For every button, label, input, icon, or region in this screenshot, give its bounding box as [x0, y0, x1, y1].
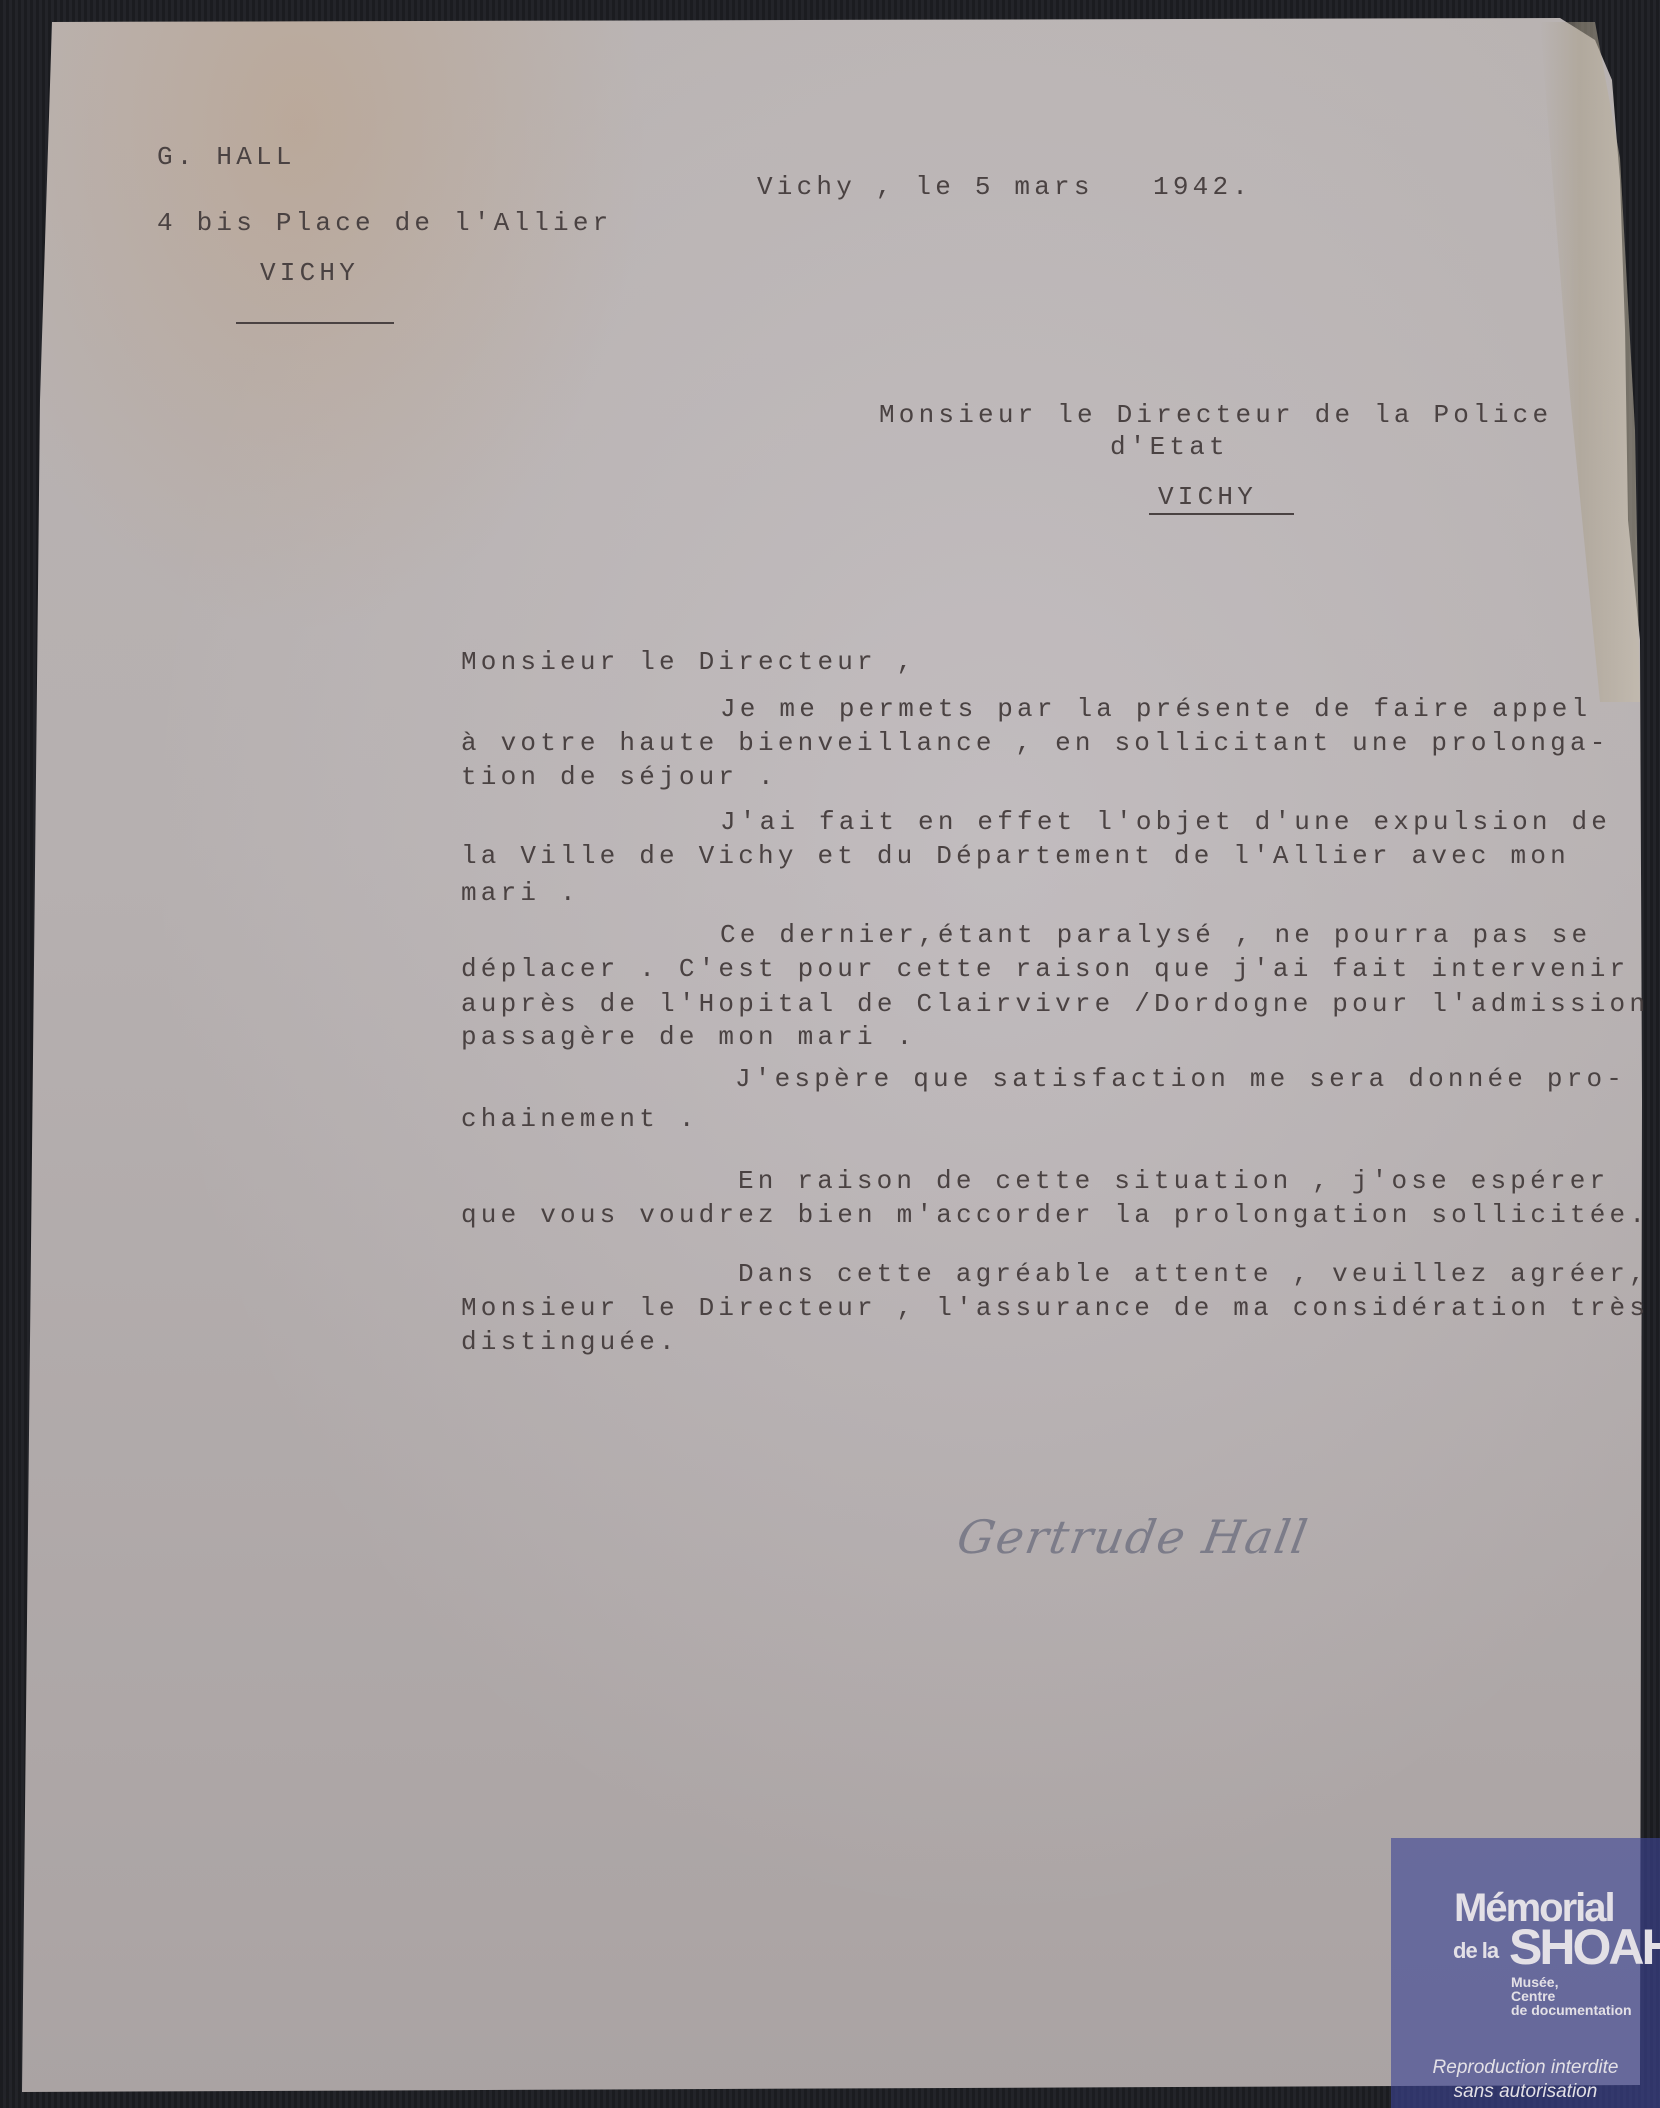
recipient-underline	[1149, 513, 1294, 515]
body-line: auprès de l'Hopital de Clairvivre /Dordo…	[461, 987, 1649, 1022]
watermark-subtitle: Musée, Centre de documentation	[1511, 1975, 1632, 2017]
body-line: Dans cette agréable attente , veuillez a…	[738, 1257, 1649, 1292]
sender-name: G. HALL	[157, 140, 296, 175]
body-line: passagère de mon mari .	[461, 1020, 916, 1055]
salutation: Monsieur le Directeur ,	[461, 645, 916, 680]
body-line: la Ville de Vichy et du Département de l…	[461, 839, 1570, 874]
body-line: En raison de cette situation , j'ose esp…	[738, 1164, 1609, 1199]
letter-date: Vichy , le 5 mars 1942.	[757, 170, 1252, 205]
body-line: mari .	[461, 876, 580, 911]
body-line: Je me permets par la présente de faire a…	[720, 692, 1591, 727]
recipient-city: VICHY	[1158, 480, 1257, 515]
body-line: à votre haute bienveillance , en sollici…	[461, 726, 1610, 761]
sender-city: VICHY	[260, 256, 359, 291]
body-line: distinguée.	[461, 1325, 679, 1360]
body-line: que vous voudrez bien m'accorder la prol…	[461, 1198, 1649, 1233]
body-line: J'espère que satisfaction me sera donnée…	[735, 1062, 1626, 1097]
body-line: J'ai fait en effet l'objet d'une expulsi…	[720, 805, 1611, 840]
watermark-de-la: de la	[1453, 1938, 1498, 1964]
sender-underline	[236, 322, 394, 324]
body-line: déplacer . C'est pour cette raison que j…	[461, 952, 1629, 987]
body-line: Ce dernier,étant paralysé , ne pourra pa…	[720, 918, 1591, 953]
handwritten-signature: Gertrude Hall	[953, 1510, 1313, 1564]
body-line: tion de séjour .	[461, 760, 778, 795]
recipient-line-1: Monsieur le Directeur de la Police	[879, 398, 1552, 433]
body-line: chainement .	[461, 1102, 699, 1137]
recipient-line-2: d'Etat	[1110, 430, 1229, 465]
memorial-shoah-watermark: Mémorial de la SHOAH Musée, Centre de do…	[1391, 1838, 1660, 2108]
sender-address: 4 bis Place de l'Allier	[157, 206, 612, 241]
body-line: Monsieur le Directeur , l'assurance de m…	[461, 1291, 1649, 1326]
watermark-shoah: SHOAH	[1509, 1918, 1660, 1976]
watermark-notice: Reproduction interdite sans autorisation	[1391, 2056, 1660, 2104]
